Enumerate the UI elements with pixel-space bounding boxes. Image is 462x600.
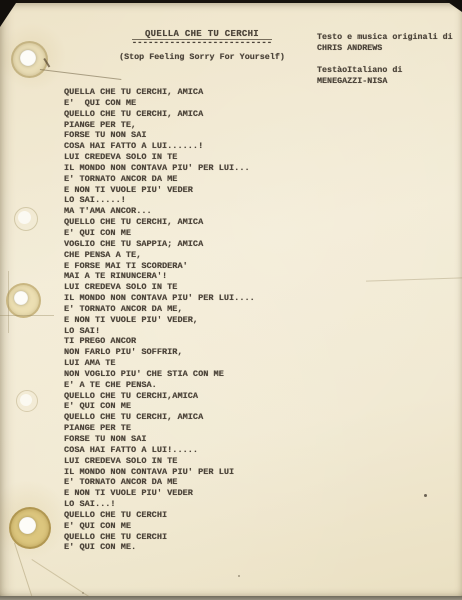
lyric-line: LUI AMA TE xyxy=(64,358,255,369)
lyric-line: E' QUI CON ME xyxy=(64,401,255,412)
lyric-line: QUELLA CHE TU CERCHI, AMICA xyxy=(64,87,255,98)
pencil-line-mark xyxy=(40,69,122,80)
credit-italian-label: TestàoItaliano di xyxy=(317,65,453,76)
punch-hole-mid xyxy=(14,291,28,305)
ink-speck xyxy=(82,592,84,594)
lyric-line: LO SAI! xyxy=(64,326,255,337)
lyric-line: FORSE TU NON SAI xyxy=(64,130,255,141)
crease-line-left-vertical xyxy=(8,271,9,333)
credit-composer: CHRIS ANDREWS xyxy=(317,43,453,54)
lyric-line: PIANGE PER TE, xyxy=(64,120,255,131)
punch-hole-lower-mid xyxy=(20,394,32,406)
lyrics-body: QUELLA CHE TU CERCHI, AMICAE' QUI CON ME… xyxy=(64,87,255,553)
lyric-line: LO SAI...! xyxy=(64,499,255,510)
scan-corner-top-right xyxy=(445,0,462,12)
lyric-line: QUELLO CHE TU CERCHI xyxy=(64,510,255,521)
lyric-line: MA T'AMA ANCOR... xyxy=(64,206,255,217)
lyric-line: CHE PENSA A TE, xyxy=(64,250,255,261)
fold-crease-bottom-left-b xyxy=(31,559,94,600)
scan-corner-top-left xyxy=(0,0,18,27)
punch-hole-top xyxy=(20,50,36,66)
lyric-line: QUELLO CHE TU CERCHI,AMICA xyxy=(64,391,255,402)
lyric-line: E NON TI VUOLE PIU' VEDER xyxy=(64,488,255,499)
lyric-line: QUELLO CHE TU CERCHI, AMICA xyxy=(64,217,255,228)
lyric-line: LUI CREDEVA SOLO IN TE xyxy=(64,456,255,467)
scan-bottom-edge xyxy=(0,596,462,600)
credits-block: Testo e musica originali di CHRIS ANDREW… xyxy=(317,32,453,87)
lyric-line: E' TORNATO ANCOR DA ME xyxy=(64,477,255,488)
lyric-line: MAI A TE RINUNCERA'! xyxy=(64,271,255,282)
lyric-line: E' QUI CON ME xyxy=(64,98,255,109)
lyric-line: E' TORNATO ANCOR DA ME xyxy=(64,174,255,185)
title-dash-row: -------------------------- xyxy=(116,41,288,46)
ink-speck xyxy=(238,575,240,577)
fold-crease-bottom-left-a xyxy=(14,543,34,600)
lyric-line: IL MONDO NON CONTAVA PIU' PER LUI xyxy=(64,467,255,478)
lyric-line: NON FARLO PIU' SOFFRIR, xyxy=(64,347,255,358)
lyric-line: IL MONDO NON CONTAVA PIU' PER LUI.... xyxy=(64,293,255,304)
lyric-line: LUI CREDEVA SOLO IN TE xyxy=(64,152,255,163)
paper-sheet: QUELLA CHE TU CERCHI -------------------… xyxy=(0,3,462,597)
punch-hole-upper-mid xyxy=(18,211,31,224)
lyric-line: TI PREGO ANCOR xyxy=(64,336,255,347)
credit-music-label: Testo e musica originali di xyxy=(317,32,453,43)
lyric-line: E' A TE CHE PENSA. xyxy=(64,380,255,391)
lyric-line: LUI CREDEVA SOLO IN TE xyxy=(64,282,255,293)
lyric-line: FORSE TU NON SAI xyxy=(64,434,255,445)
lyric-line: E' QUI CON ME xyxy=(64,521,255,532)
lyric-line: E NON TI VUOLE PIU' VEDER, xyxy=(64,315,255,326)
lyric-line: E' TORNATO ANCOR DA ME, xyxy=(64,304,255,315)
lyric-line: QUELLO CHE TU CERCHI xyxy=(64,532,255,543)
lyric-line: IL MONDO NON CONTAVA PIU' PER LUI... xyxy=(64,163,255,174)
lyric-line: LO SAI.....! xyxy=(64,195,255,206)
lyric-line: E' QUI CON ME xyxy=(64,228,255,239)
title-block: QUELLA CHE TU CERCHI -------------------… xyxy=(116,29,288,62)
credit-lyricists: MENEGAZZI-NISA xyxy=(317,76,453,87)
lyric-line: QUELLO CHE TU CERCHI, AMICA xyxy=(64,412,255,423)
lyric-line: COSA HAI FATTO A LUI......! xyxy=(64,141,255,152)
lyric-line: E' QUI CON ME. xyxy=(64,542,255,553)
lyric-line: VOGLIO CHE TU SAPPIA; AMICA xyxy=(64,239,255,250)
punch-hole-bottom xyxy=(19,517,36,534)
lyric-line: QUELLO CHE TU CERCHI, AMICA xyxy=(64,109,255,120)
crease-line-right xyxy=(366,277,462,281)
lyric-line: COSA HAI FATTO A LUI!..... xyxy=(64,445,255,456)
lyric-line: E NON TI VUOLE PIU' VEDER xyxy=(64,185,255,196)
lyric-line: PIANGE PER TE xyxy=(64,423,255,434)
lyric-line: NON VOGLIO PIU' CHE STIA CON ME xyxy=(64,369,255,380)
lyric-line: E FORSE MAI TI SCORDERA' xyxy=(64,261,255,272)
song-subtitle: (Stop Feeling Sorry For Yourself) xyxy=(116,52,288,62)
scanned-lyric-sheet: { "page": { "title": "QUELLA CHE TU CERC… xyxy=(0,0,462,600)
ink-speck xyxy=(424,494,427,497)
